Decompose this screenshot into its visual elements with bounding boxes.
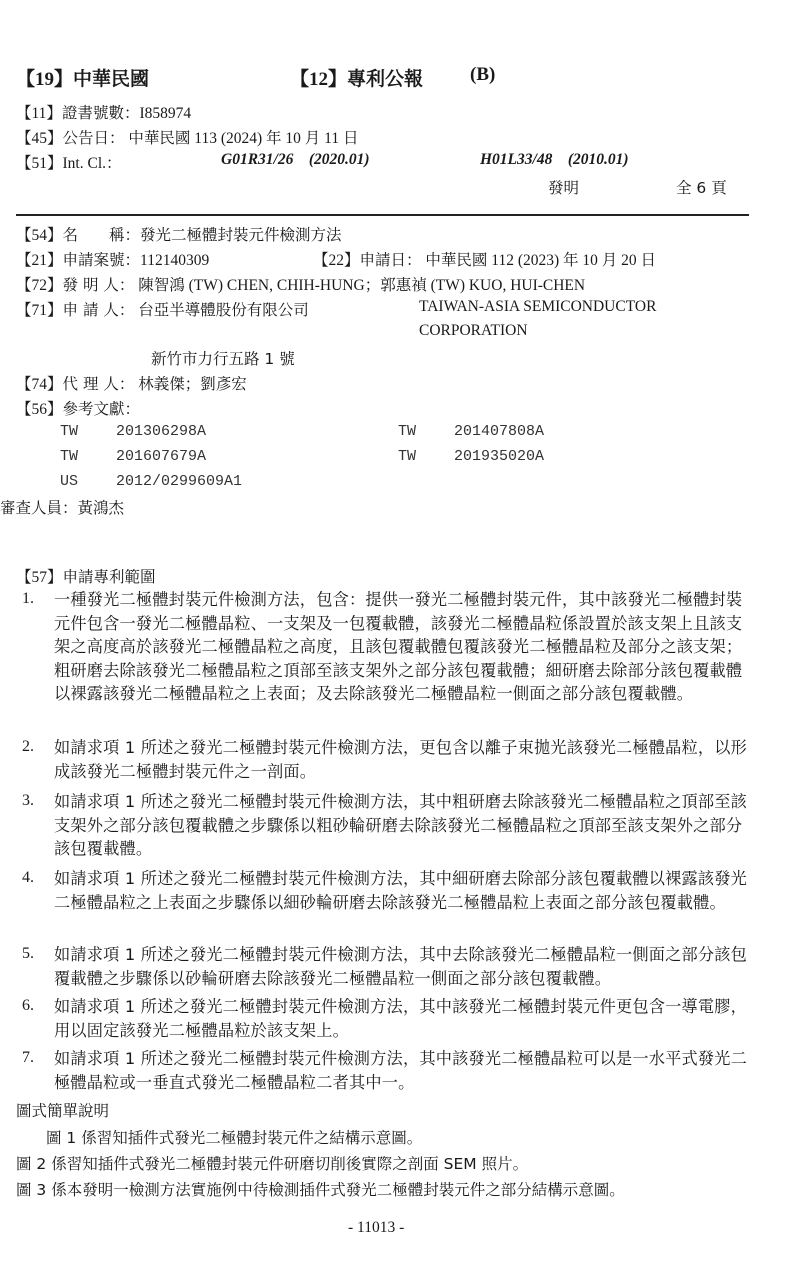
reference-number: 201935020A bbox=[454, 448, 544, 465]
field-code: 【71】 bbox=[16, 302, 63, 319]
field-label: 證書號數： bbox=[62, 104, 140, 122]
inventors: 陳智鴻 (TW) CHEN, CHIH-HUNG；郭惠禎 (TW) KUO, H… bbox=[138, 277, 585, 294]
field-code: 【45】 bbox=[16, 130, 63, 147]
application-date-row: 【22】申請日： 中華民國 112 (2023) 年 10 月 20 日 bbox=[313, 248, 656, 270]
publication-date-row: 【45】公告日： 中華民國 113 (2024) 年 10 月 11 日 bbox=[16, 126, 358, 148]
agents: 林義傑；劉彥宏 bbox=[138, 375, 247, 393]
reference-item: TW bbox=[60, 448, 78, 465]
header-divider bbox=[16, 214, 749, 216]
reference-item: TW bbox=[398, 423, 416, 440]
figure-description: 圖 1 係習知插件式發光二極體封裝元件之結構示意圖。 bbox=[46, 1126, 422, 1148]
claim-number: 1. bbox=[22, 590, 34, 608]
reference-country: TW bbox=[60, 448, 78, 465]
claim-text: 如請求項 1 所述之發光二極體封裝元件檢測方法，其中細研磨去除部分該包覆載體以裸… bbox=[54, 867, 754, 914]
claim-text: 如請求項 1 所述之發光二極體封裝元件檢測方法，更包含以離子束拋光該發光二極體晶… bbox=[54, 736, 754, 783]
claim-text: 一種發光二極體封裝元件檢測方法，包含：提供一發光二極體封裝元件，其中該發光二極體… bbox=[54, 588, 754, 706]
applicant-name-en-line2: CORPORATION bbox=[419, 322, 528, 340]
examiner-name: 黃鴻杰 bbox=[78, 499, 125, 517]
figures-heading: 圖式簡單說明 bbox=[16, 1099, 109, 1121]
int-cl-secondary: H01L33/48 (2010.01) bbox=[480, 151, 629, 169]
cert-number-row: 【11】證書號數：I858974 bbox=[16, 101, 191, 123]
field-label: 代 理 人： bbox=[63, 375, 135, 393]
reference-number: 201407808A bbox=[454, 423, 544, 440]
field-label: Int. Cl.： bbox=[63, 155, 122, 172]
claim-text: 如請求項 1 所述之發光二極體封裝元件檢測方法，其中該發光二極體晶粒可以是一水平… bbox=[54, 1047, 754, 1094]
doc-type: 專利公報 bbox=[347, 68, 423, 90]
field-code: 【11】 bbox=[16, 105, 62, 122]
field-code: 【54】 bbox=[16, 227, 63, 244]
agent-row: 【74】代 理 人： 林義傑；劉彥宏 bbox=[16, 372, 247, 394]
country-code: 【19】 bbox=[16, 69, 73, 90]
examiner-row: 審查人員：黃鴻杰 bbox=[0, 496, 124, 518]
claim-text: 如請求項 1 所述之發光二極體封裝元件檢測方法，其中該發光二極體封裝元件更包含一… bbox=[54, 995, 754, 1042]
applicant-name-en-line1: TAIWAN-ASIA SEMICONDUCTOR bbox=[419, 298, 656, 316]
field-label: 名 稱： bbox=[63, 226, 141, 244]
claim-number: 5. bbox=[22, 945, 34, 963]
cert-number: I858974 bbox=[139, 105, 191, 122]
reference-country: TW bbox=[60, 423, 78, 440]
application-number-row: 【21】申請案號：112140309 bbox=[16, 248, 209, 270]
int-cl-row: 【51】Int. Cl.： bbox=[16, 151, 122, 173]
figure-description: 圖 3 係本發明一檢測方法實施例中待檢測插件式發光二極體封裝元件之部分結構示意圖… bbox=[16, 1178, 625, 1200]
field-code: 【21】 bbox=[16, 252, 63, 269]
reference-country: TW bbox=[398, 448, 416, 465]
reference-item: TW bbox=[398, 448, 416, 465]
claim-number: 6. bbox=[22, 997, 34, 1015]
int-cl-primary: G01R31/26 (2020.01) bbox=[221, 151, 370, 169]
total-pages: 全 6 頁 bbox=[676, 176, 727, 198]
application-number: 112140309 bbox=[140, 252, 209, 269]
reference-country: TW bbox=[398, 423, 416, 440]
reference-number: 201306298A bbox=[116, 423, 206, 440]
field-code: 【51】 bbox=[16, 155, 63, 172]
field-label: 申請案號： bbox=[63, 251, 141, 269]
field-label: 申請日： bbox=[360, 251, 422, 269]
field-code: 【72】 bbox=[16, 277, 63, 294]
reference-item: US bbox=[60, 473, 78, 490]
document-type-header: 【12】專利公報 bbox=[290, 64, 423, 91]
inventors-row: 【72】發 明 人： 陳智鴻 (TW) CHEN, CHIH-HUNG；郭惠禎 … bbox=[16, 273, 585, 295]
reference-item: TW bbox=[60, 423, 78, 440]
references-row: 【56】參考文獻： bbox=[16, 397, 140, 419]
figure-description: 圖 2 係習知插件式發光二極體封裝元件研磨切削後實際之剖面 SEM 照片。 bbox=[16, 1152, 528, 1174]
kind-code: (B) bbox=[470, 64, 495, 86]
field-label: 發 明 人： bbox=[63, 276, 135, 294]
claim-number: 3. bbox=[22, 792, 34, 810]
claim-text: 如請求項 1 所述之發光二極體封裝元件檢測方法，其中粗研磨去除該發光二極體晶粒之… bbox=[54, 790, 754, 861]
country-name: 中華民國 bbox=[73, 68, 149, 90]
field-code: 【74】 bbox=[16, 376, 63, 393]
page-number: - 11013 - bbox=[348, 1219, 404, 1237]
claim-text: 如請求項 1 所述之發光二極體封裝元件檢測方法，其中去除該發光二極體晶粒一側面之… bbox=[54, 943, 754, 990]
reference-number: 201607679A bbox=[116, 448, 206, 465]
country-header: 【19】中華民國 bbox=[16, 64, 149, 91]
doc-type-code: 【12】 bbox=[290, 69, 347, 90]
field-code: 【22】 bbox=[313, 252, 360, 269]
applicant-name-zh: 台亞半導體股份有限公司 bbox=[138, 301, 309, 319]
applicant-row: 【71】申 請 人： 台亞半導體股份有限公司 bbox=[16, 298, 309, 320]
applicant-address: 新竹市力行五路 1 號 bbox=[151, 347, 295, 369]
publication-date: 中華民國 113 (2024) 年 10 月 11 日 bbox=[128, 130, 358, 147]
claims-heading-text: 申請專利範圍 bbox=[63, 568, 156, 586]
patent-category: 發明 bbox=[548, 176, 579, 198]
field-code: 【56】 bbox=[16, 401, 63, 418]
field-label: 審查人員： bbox=[0, 499, 78, 517]
claim-number: 4. bbox=[22, 869, 34, 887]
field-label: 申 請 人： bbox=[63, 301, 135, 319]
reference-number: 2012/0299609A1 bbox=[116, 473, 242, 490]
claims-heading: 【57】申請專利範圍 bbox=[16, 565, 156, 587]
invention-title: 發光二極體封裝元件檢測方法 bbox=[140, 226, 342, 244]
application-date: 中華民國 112 (2023) 年 10 月 20 日 bbox=[425, 252, 656, 269]
reference-country: US bbox=[60, 473, 78, 490]
field-code: 【57】 bbox=[16, 569, 63, 586]
field-label: 公告日： bbox=[63, 129, 125, 147]
title-row: 【54】名 稱：發光二極體封裝元件檢測方法 bbox=[16, 223, 342, 245]
claim-number: 2. bbox=[22, 738, 34, 756]
claim-number: 7. bbox=[22, 1049, 34, 1067]
field-label: 參考文獻： bbox=[63, 400, 141, 418]
